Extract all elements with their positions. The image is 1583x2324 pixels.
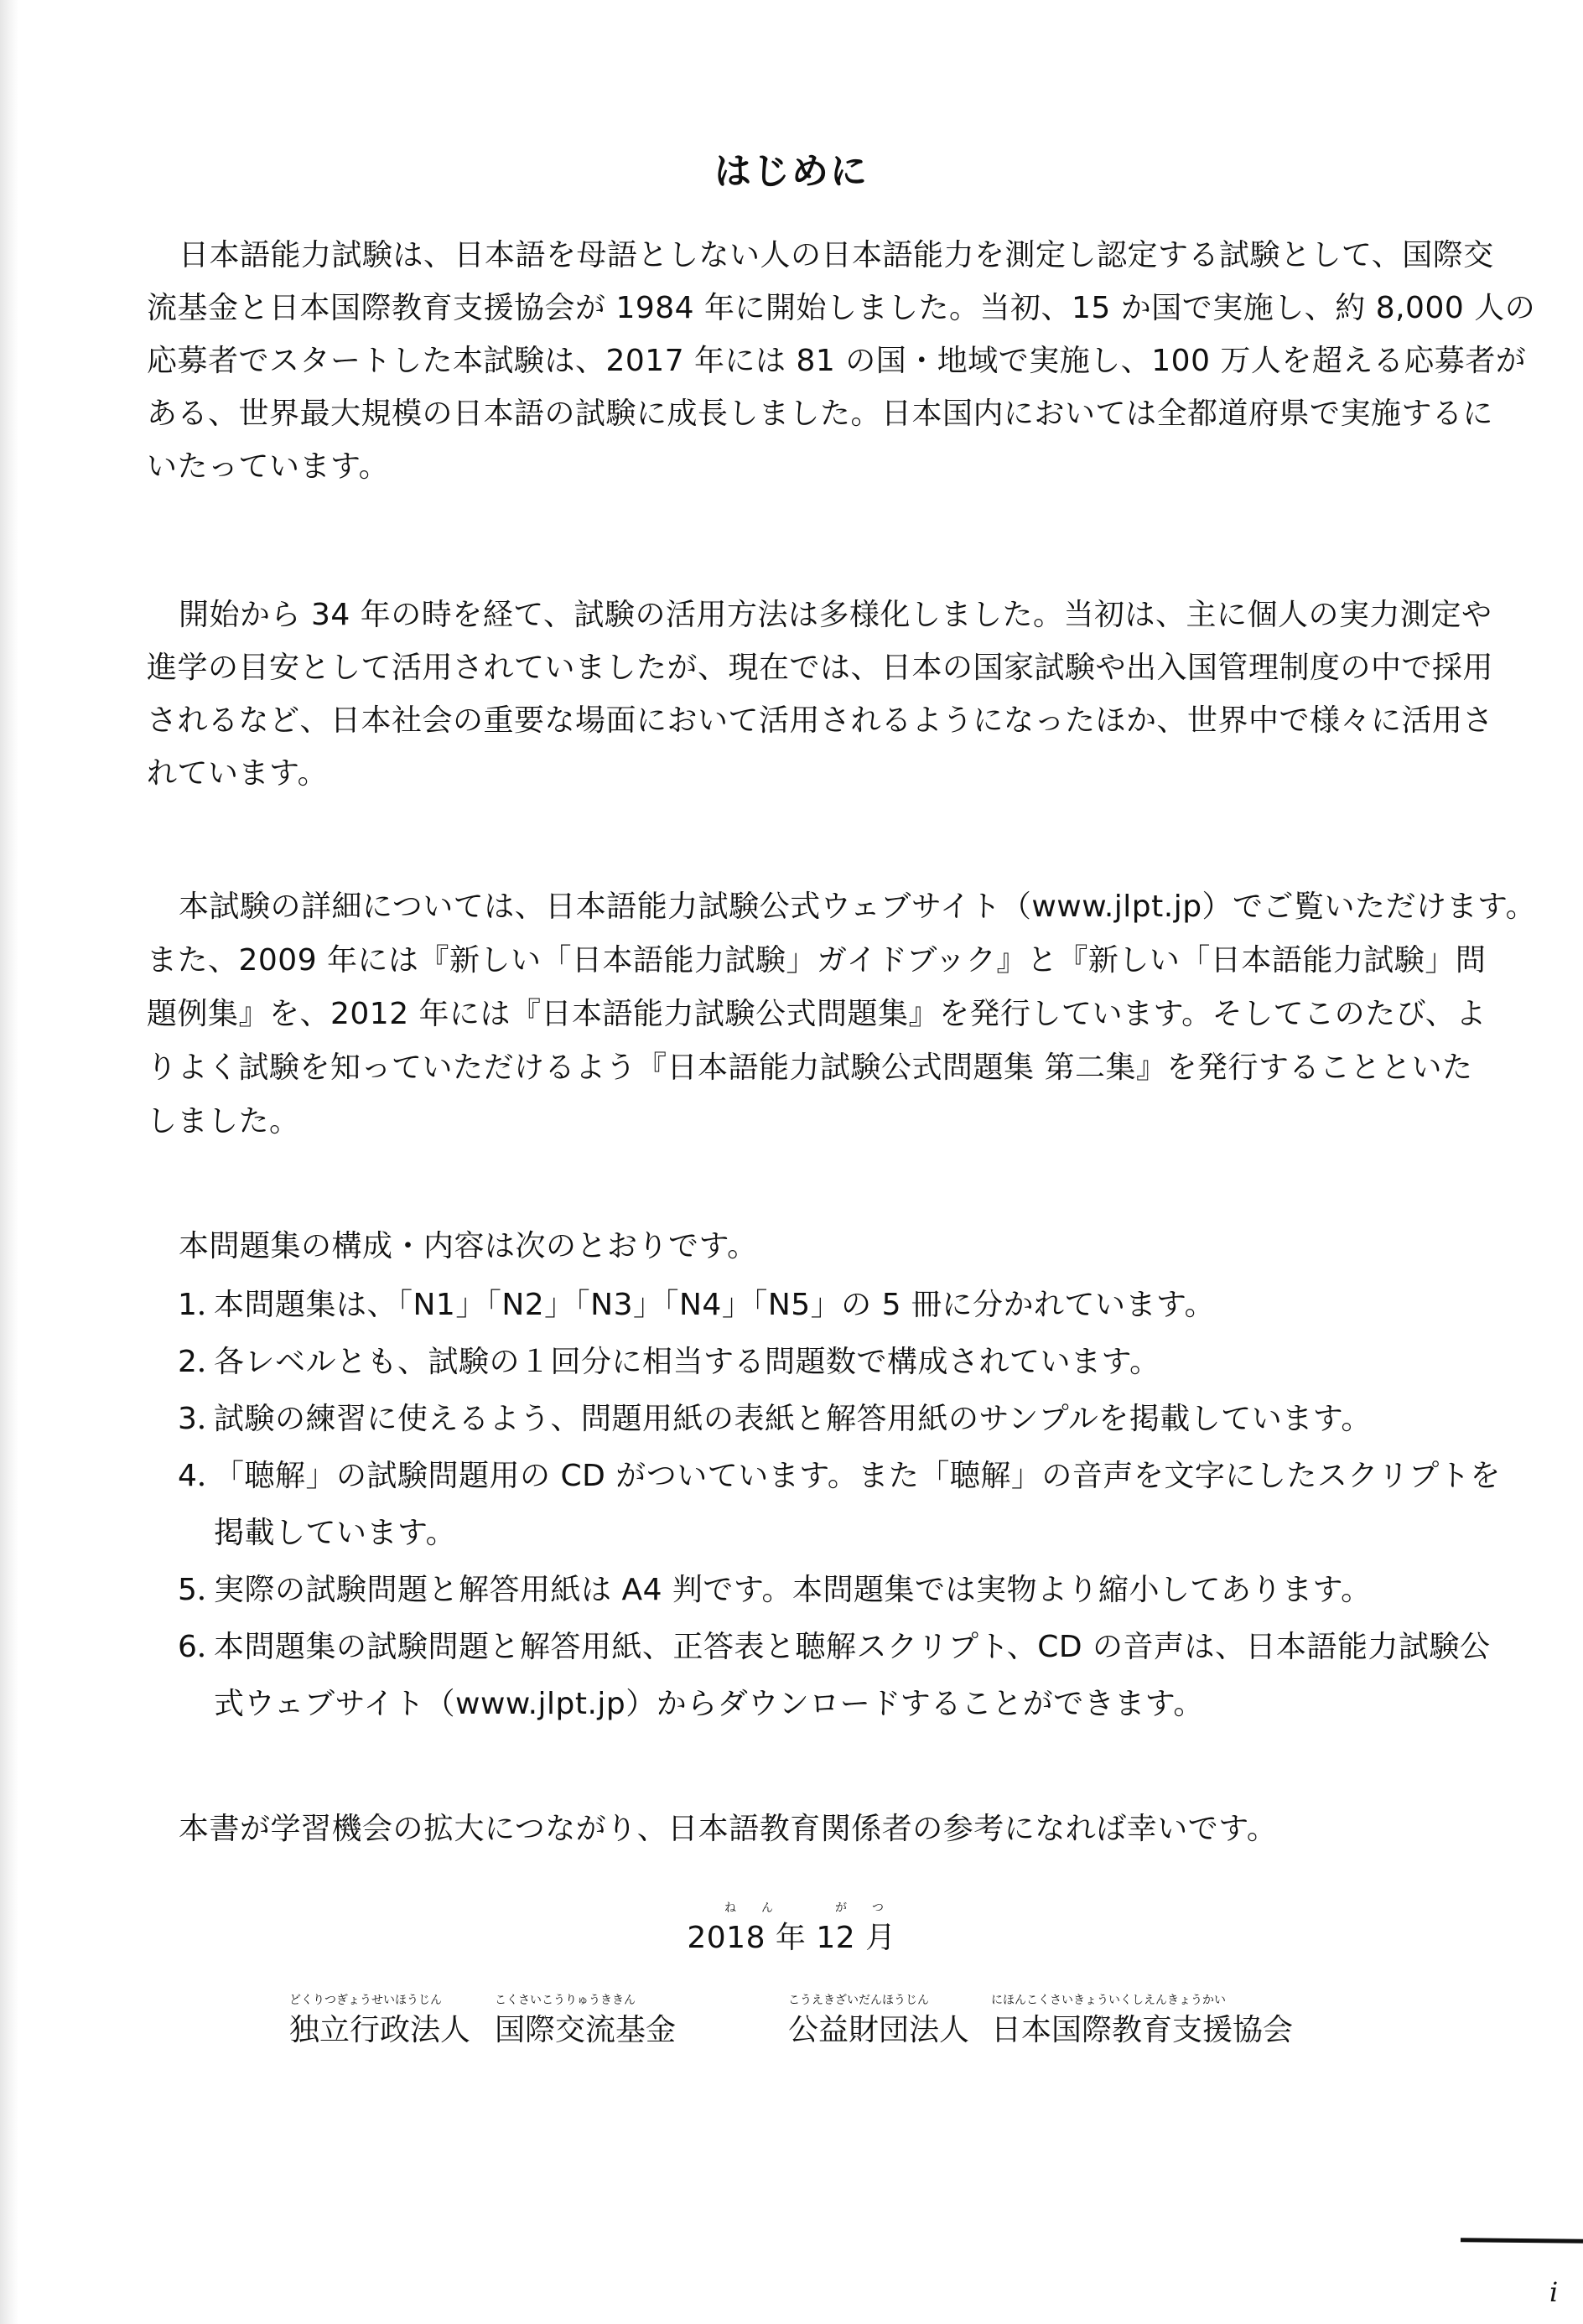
item-text: 本問題集は、「N1」「N2」「N3」「N4」「N5」の 5 冊に分かれています。 — [214, 1287, 1421, 1324]
publisher-type-furigana: こうえきざいだんほうじん — [788, 1994, 929, 2007]
publisher-name-furigana: こくさいこうりゅうききん — [495, 1994, 636, 2007]
item-text: 掲載しています。 — [214, 1515, 1421, 1552]
paragraph-line: 進学の目安として活用されていましたが、現在では、日本の国家試験や出入国管理制度の… — [147, 650, 1421, 687]
paragraph-line: 開始から 34 年の時を経て、試験の活用方法は多様化しました。当初は、主に個人の… — [179, 597, 1421, 634]
contents-intro: 本問題集の構成・内容は次のとおりです。 — [179, 1228, 1421, 1265]
item-text: 実際の試験問題と解答用紙は A4 判です。本問題集では実物より縮小してあります。 — [214, 1572, 1421, 1609]
paragraph-line: りよく試験を知っていただけるよう『日本語能力試験公式問題集 第二集』を発行するこ… — [147, 1050, 1421, 1087]
date-furigana: ねん がつ — [0, 1901, 1583, 1915]
paragraph-line: ある、世界最大規模の日本語の試験に成長しました。日本国内においては全都道府県で実… — [147, 396, 1421, 433]
paragraph-line: れています。 — [147, 755, 1421, 792]
item-text: 本問題集の試験問題と解答用紙、正答表と聴解スクリプト、CD の音声は、日本語能力… — [214, 1629, 1421, 1666]
publisher-type: 独立行政法人 — [289, 2012, 470, 2049]
paragraph-line: 本試験の詳細については、日本語能力試験公式ウェブサイト（www.jlpt.jp）… — [179, 889, 1421, 926]
publisher-type: 公益財団法人 — [788, 2012, 969, 2049]
paragraph-line: しました。 — [147, 1103, 1421, 1140]
paragraph-line: いたっています。 — [147, 449, 1421, 485]
item-text: 試験の練習に使えるよう、問題用紙の表紙と解答用紙のサンプルを掲載しています。 — [214, 1401, 1421, 1438]
publisher-name-furigana: にほんこくさいきょういくしえんきょうかい — [991, 1994, 1226, 2007]
item-text: 「聴解」の試験問題用の CD がついています。また「聴解」の音声を文字にしたスク… — [214, 1458, 1421, 1495]
paragraph-line: また、2009 年には『新しい「日本語能力試験」ガイドブック』と『新しい「日本語… — [147, 942, 1421, 979]
item-text: 式ウェブサイト（www.jlpt.jp）からダウンロードすることができます。 — [214, 1686, 1421, 1723]
paragraph-line: 日本語能力試験は、日本語を母語としない人の日本語能力を測定し認定する試験として、… — [179, 237, 1421, 274]
date-text: 2018 年 12 月 — [0, 1920, 1583, 1957]
paragraph-line: 流基金と日本国際教育支援協会が 1984 年に開始しました。当初、15 か国で実… — [147, 290, 1421, 327]
page-title: はじめに — [0, 141, 1583, 195]
footer-rule — [1461, 2238, 1583, 2244]
paragraph-line: されるなど、日本社会の重要な場面において活用されるようになったほか、世界中で様々… — [147, 703, 1421, 739]
publisher-type-furigana: どくりつぎょうせいほうじん — [289, 1994, 442, 2007]
page-number: i — [1549, 2276, 1558, 2308]
paragraph-line: 題例集』を、2012 年には『日本語能力試験公式問題集』を発行しています。そして… — [147, 996, 1421, 1033]
publisher-name: 日本国際教育支援協会 — [991, 2012, 1293, 2049]
item-text: 各レベルとも、試験の１回分に相当する問題数で構成されています。 — [214, 1344, 1421, 1381]
closing-sentence: 本書が学習機会の拡大につながり、日本語教育関係者の参考になれば幸いです。 — [179, 1811, 1421, 1848]
publisher-name: 国際交流基金 — [495, 2012, 676, 2049]
paragraph-line: 応募者でスタートした本試験は、2017 年には 81 の国・地域で実施し、100… — [147, 343, 1421, 380]
scan-shadow-edge — [0, 0, 18, 2324]
